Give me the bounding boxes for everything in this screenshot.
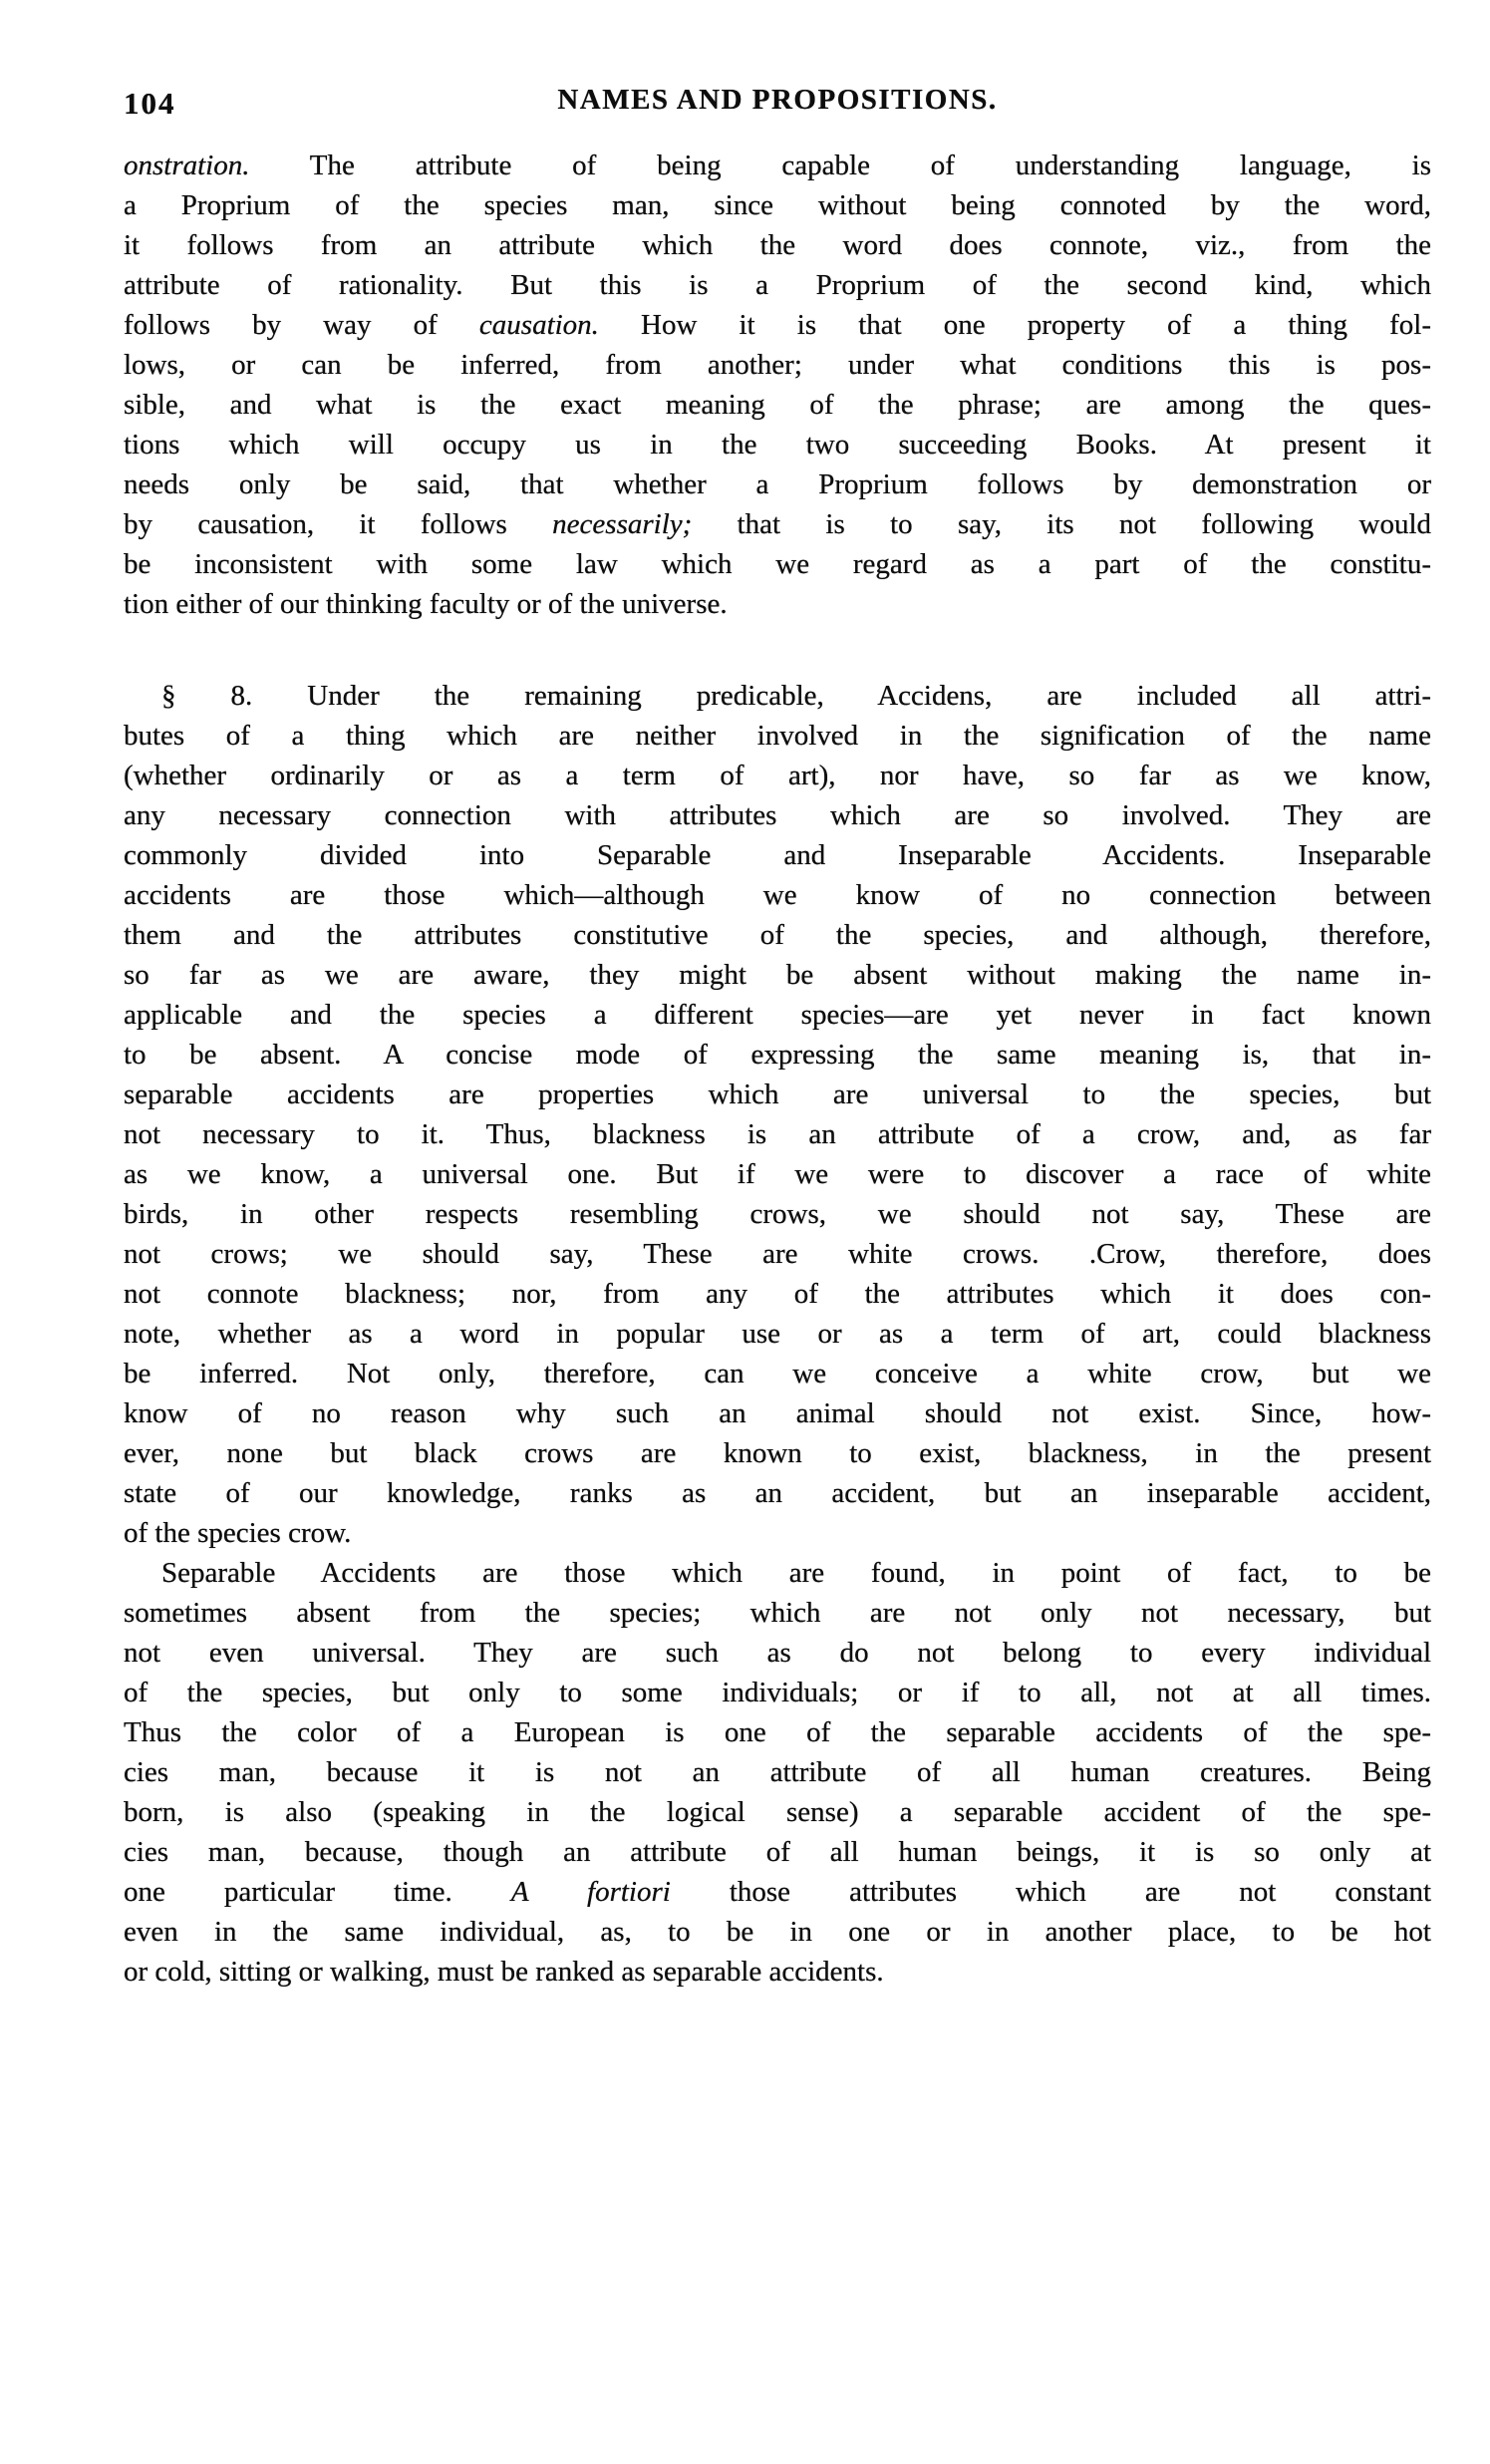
- text-line: tions which will occupy us in the two su…: [124, 425, 1431, 464]
- text-line: not necessary to it. Thus, blackness is …: [124, 1114, 1431, 1154]
- text-line: accidents are those which—although we kn…: [124, 875, 1431, 915]
- text-line: one particular time. A fortiori those at…: [124, 1872, 1431, 1912]
- text-line: as we know, a universal one. But if we w…: [124, 1154, 1431, 1194]
- text-line: a Proprium of the species man, since wit…: [124, 185, 1431, 225]
- text-line: be inferred. Not only, therefore, can we…: [124, 1354, 1431, 1393]
- italic-text: necessarily;: [552, 508, 692, 540]
- text-line: born, is also (speaking in the logical s…: [124, 1792, 1431, 1832]
- page-body: onstration. The attribute of being capab…: [124, 146, 1431, 1992]
- text-line: cies man, because, though an attribute o…: [124, 1832, 1431, 1872]
- paragraph: § 8. Under the remaining predicable, Acc…: [124, 676, 1431, 1553]
- text-line: even in the same individual, as, to be i…: [124, 1912, 1431, 1952]
- page-header: 104 NAMES AND PROPOSITIONS.: [124, 84, 1431, 124]
- text-line: any necessary connection with attributes…: [124, 795, 1431, 835]
- text-line: not crows; we should say, These are whit…: [124, 1234, 1431, 1274]
- text-line: by causation, it follows necessarily; th…: [124, 504, 1431, 544]
- paragraph: onstration. The attribute of being capab…: [124, 146, 1431, 624]
- text-line: so far as we are aware, they might be ab…: [124, 955, 1431, 995]
- text-line: sometimes absent from the species; which…: [124, 1593, 1431, 1633]
- text-line: (whether ordinarily or as a term of art)…: [124, 756, 1431, 795]
- text-line: sible, and what is the exact meaning of …: [124, 385, 1431, 425]
- book-page: 104 NAMES AND PROPOSITIONS. onstration. …: [0, 0, 1490, 2464]
- text-line: cies man, because it is not an attribute…: [124, 1752, 1431, 1792]
- text-line: Thus the color of a European is one of t…: [124, 1712, 1431, 1752]
- text-line: § 8. Under the remaining predicable, Acc…: [124, 676, 1431, 716]
- text-line: onstration. The attribute of being capab…: [124, 146, 1431, 185]
- text-line: lows, or can be inferred, from another; …: [124, 345, 1431, 385]
- text-line: not even universal. They are such as do …: [124, 1633, 1431, 1673]
- text-line: birds, in other respects resembling crow…: [124, 1194, 1431, 1234]
- text-line: commonly divided into Separable and Inse…: [124, 835, 1431, 875]
- text-line: state of our knowledge, ranks as an acci…: [124, 1473, 1431, 1513]
- italic-text: A fortiori: [511, 1876, 671, 1908]
- text-line: be inconsistent with some law which we r…: [124, 544, 1431, 584]
- text-line: of the species, but only to some individ…: [124, 1673, 1431, 1712]
- text-line: of the species crow.: [124, 1513, 1431, 1553]
- text-line: separable accidents are properties which…: [124, 1075, 1431, 1114]
- text-line: not connote blackness; nor, from any of …: [124, 1274, 1431, 1314]
- text-line: ever, none but black crows are known to …: [124, 1433, 1431, 1473]
- text-line: them and the attributes constitutive of …: [124, 915, 1431, 955]
- text-line: follows by way of causation. How it is t…: [124, 305, 1431, 345]
- text-line: know of no reason why such an animal sho…: [124, 1393, 1431, 1433]
- text-line: needs only be said, that whether a Propr…: [124, 464, 1431, 504]
- text-line: applicable and the species a different s…: [124, 995, 1431, 1035]
- text-line: Separable Accidents are those which are …: [124, 1553, 1431, 1593]
- running-header: NAMES AND PROPOSITIONS.: [124, 84, 1431, 117]
- text-line: butes of a thing which are neither invol…: [124, 716, 1431, 756]
- text-line: attribute of rationality. But this is a …: [124, 265, 1431, 305]
- text-line: tion either of our thinking faculty or o…: [124, 584, 1431, 624]
- italic-text: causation.: [479, 309, 599, 341]
- text-line: or cold, sitting or walking, must be ran…: [124, 1952, 1431, 1992]
- text-line: to be absent. A concise mode of expressi…: [124, 1035, 1431, 1075]
- paragraph: Separable Accidents are those which are …: [124, 1553, 1431, 1992]
- text-line: note, whether as a word in popular use o…: [124, 1314, 1431, 1354]
- text-line: it follows from an attribute which the w…: [124, 225, 1431, 265]
- italic-text: onstration.: [124, 150, 250, 181]
